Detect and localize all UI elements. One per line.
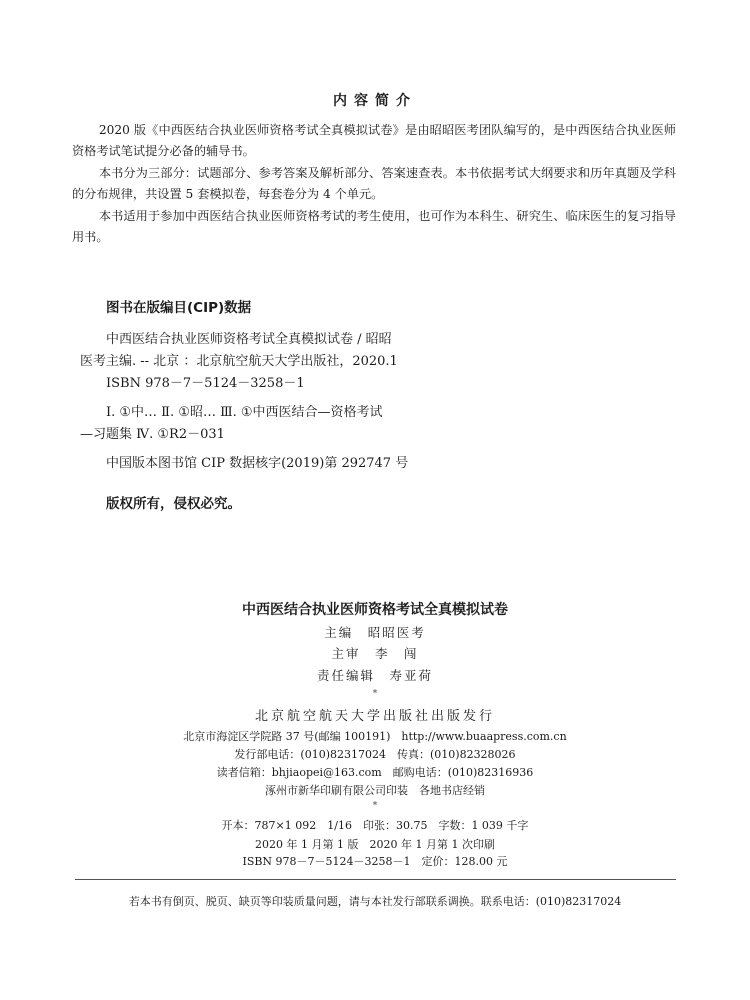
cip-line: 中西医结合执业医师资格考试全真模拟试卷 / 昭昭 [106, 328, 392, 347]
cip-line: 中国版本图书馆 CIP 数据核字(2019)第 292747 号 [106, 452, 408, 471]
cip-line: ISBN 978－7－5124－3258－1 [106, 372, 305, 391]
printer-info: 涿州市新华印刷有限公司印装 各地书店经销 [0, 782, 750, 798]
intro-paragraph: 2020 版《中西医结合执业医师资格考试全真模拟试卷》是由昭昭医考团队编写的，是… [72, 120, 676, 163]
intro-title: 内容简介 [0, 90, 750, 110]
cip-heading: 图书在版编目(CIP)数据 [106, 296, 251, 316]
cip-line: Ⅰ. ①中… Ⅱ. ①昭… Ⅲ. ①中西医结合—资格考试 [106, 401, 383, 420]
intro-body: 2020 版《中西医结合执业医师资格考试全真模拟试卷》是由昭昭医考团队编写的，是… [72, 120, 676, 248]
colophon-title: 中西医结合执业医师资格考试全真模拟试卷 [0, 599, 750, 619]
divider-rule [75, 879, 676, 880]
separator-star: * [0, 801, 750, 811]
isbn-price: ISBN 978－7－5124－3258－1 定价：128.00 元 [0, 853, 750, 869]
format-info: 开本：787×1 092 1/16 印张：30.75 字数：1 039 千字 [0, 817, 750, 833]
publisher-address: 北京市海淀区学院路 37 号(邮编 100191) http://www.bua… [0, 728, 750, 744]
chief-editor: 主编 昭昭医考 [0, 623, 750, 641]
separator-star: * [0, 689, 750, 699]
cip-line: —习题集 Ⅳ. ①R2－031 [80, 423, 225, 442]
edition-info: 2020 年 1 月第 1 版 2020 年 1 月第 1 次印刷 [0, 836, 750, 852]
responsible-editor: 责任编辑 寿亚荷 [0, 666, 750, 684]
copyright-notice: 版权所有，侵权必究。 [106, 492, 241, 512]
reader-email: 读者信箱：bhjiaopei@163.com 邮购电话：(010)8231693… [0, 764, 750, 780]
footer-note: 若本书有倒页、脱页、缺页等印装质量问题，请与本社发行部联系调换。联系电话：(01… [0, 893, 750, 909]
cip-line: 医考主编. -- 北京 ：北京航空航天大学出版社，2020.1 [80, 350, 398, 369]
publisher: 北京航空航天大学出版社出版发行 [0, 705, 750, 724]
chief-reviewer: 主审 李 闯 [0, 644, 750, 662]
publisher-phones: 发行部电话：(010)82317024 传真：(010)82328026 [0, 746, 750, 762]
intro-paragraph: 本书适用于参加中西医结合执业医师资格考试的考生使用，也可作为本科生、研究生、临床… [72, 206, 676, 249]
intro-paragraph: 本书分为三部分：试题部分、参考答案及解析部分、答案速查表。本书依据考试大纲要求和… [72, 163, 676, 206]
